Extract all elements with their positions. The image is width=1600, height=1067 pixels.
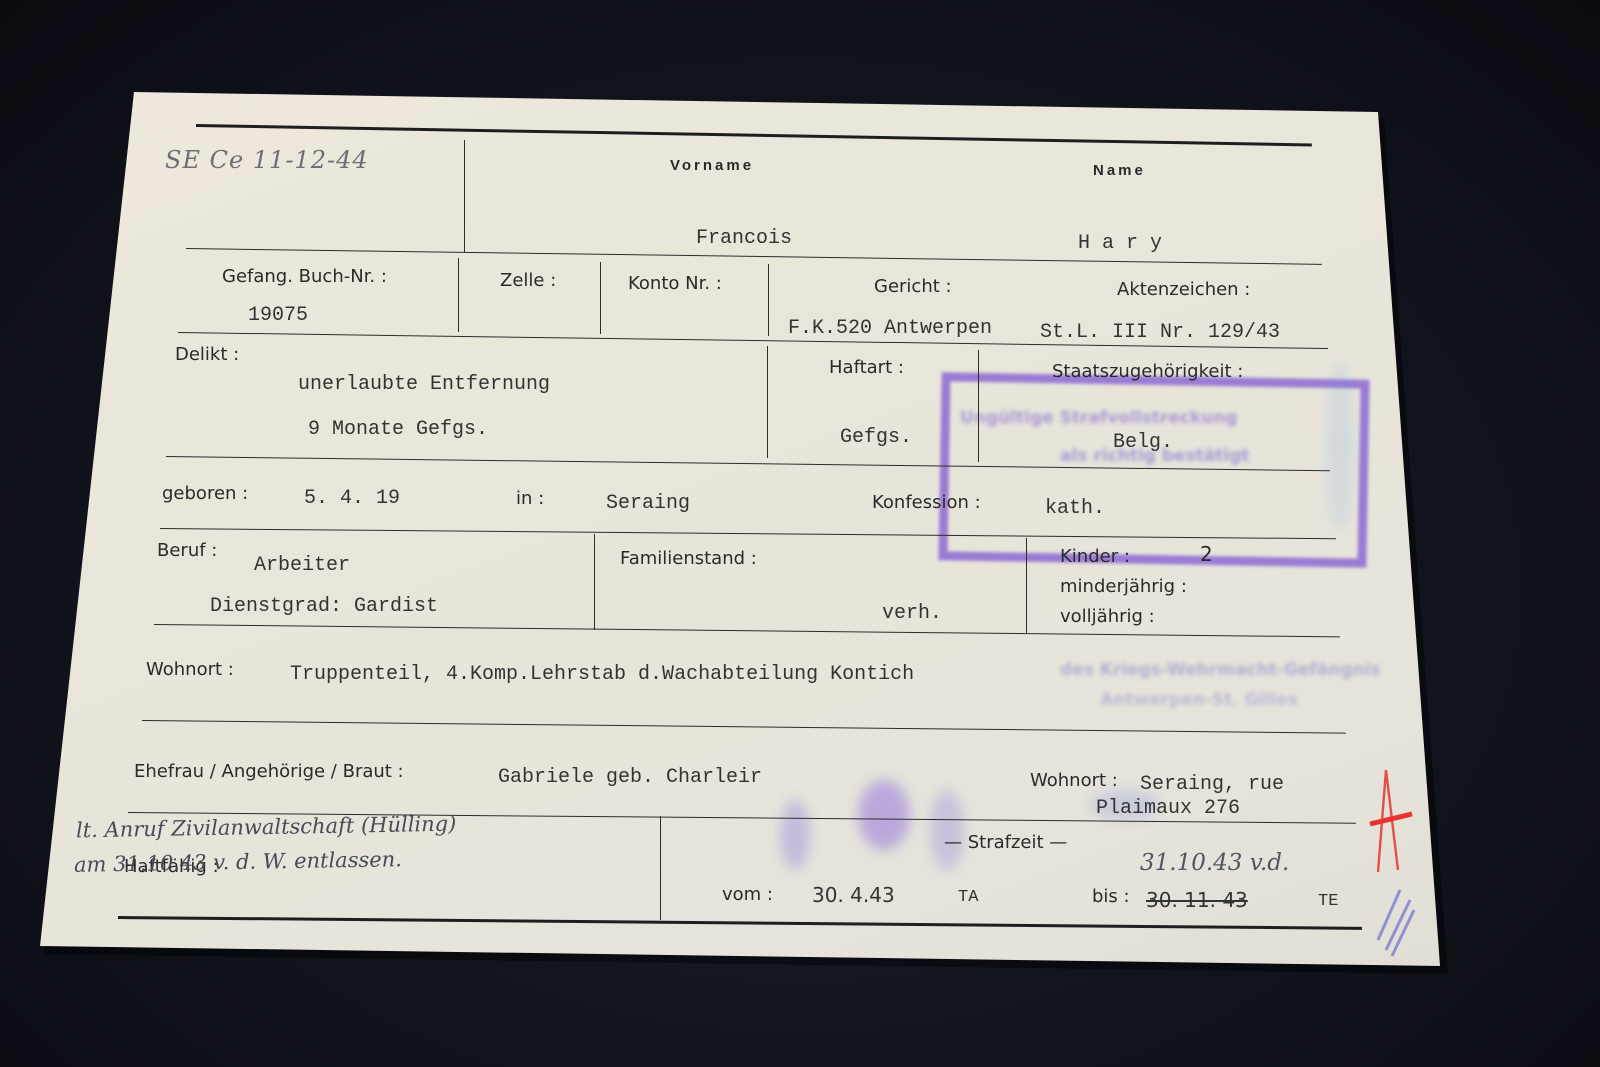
vom-suffix: TA xyxy=(958,888,978,907)
ink-blot xyxy=(780,800,810,870)
ink-blot xyxy=(930,790,964,870)
archive-note: SE Ce 11-12-44 xyxy=(165,146,369,174)
beruf-value: Arbeiter xyxy=(254,554,350,577)
kinder-label: Kinder : xyxy=(1060,546,1130,567)
bis-handwritten-correction: 31.10.43 v.d. xyxy=(1140,850,1289,876)
ink-blot xyxy=(1325,360,1355,530)
vom-label: vom : xyxy=(722,884,773,905)
konto-label: Konto Nr. : xyxy=(628,273,722,294)
divider xyxy=(767,346,768,458)
haftart-label: Haftart : xyxy=(829,357,904,378)
buch-nr-label: Gefang. Buch-Nr. : xyxy=(222,266,387,287)
vorname-value: Francois xyxy=(696,227,792,250)
bis-value-struck: 30. 11. 43 xyxy=(1146,888,1248,912)
geboren-value: 5. 4. 19 xyxy=(304,487,400,510)
rule xyxy=(154,624,1340,637)
bottom-rule xyxy=(118,916,1362,930)
staatszugehoerigkeit-label: Staatszugehörigkeit : xyxy=(1052,361,1243,382)
rule xyxy=(142,720,1346,734)
wohnort2-value-line2: Plaimaux 276 xyxy=(1096,797,1240,820)
geboren-label: geboren : xyxy=(162,483,248,504)
wohnort-value: Truppenteil, 4.Komp.Lehrstab d.Wachabtei… xyxy=(290,663,914,686)
vom-value: 30. 4.43 xyxy=(812,883,895,907)
konfession-label: Konfession : xyxy=(872,492,981,513)
ink-blot xyxy=(858,780,910,850)
in-value: Seraing xyxy=(606,492,690,515)
dienstgrad-value: Dienstgrad: Gardist xyxy=(210,595,438,618)
zelle-label: Zelle : xyxy=(500,270,556,291)
ehefrau-value: Gabriele geb. Charleir xyxy=(498,766,762,789)
blue-pencil-scribble-icon xyxy=(1370,880,1420,960)
strafe-value: 9 Monate Gefgs. xyxy=(308,418,488,441)
konfession-value: kath. xyxy=(1045,497,1105,520)
bis-label: bis : xyxy=(1092,886,1130,907)
divider xyxy=(594,534,595,630)
divider xyxy=(660,816,661,920)
vorname-label: Vorname xyxy=(670,157,754,174)
beruf-label: Beruf : xyxy=(157,540,217,561)
gericht-label: Gericht : xyxy=(874,276,952,297)
divider xyxy=(978,350,979,462)
kinder-value: 2 xyxy=(1200,542,1213,566)
strafzeit-label: — Strafzeit — xyxy=(944,832,1067,853)
faded-stamp-text-2: Antwerpen-St. Gilles xyxy=(1100,690,1298,710)
buch-nr-value: 19075 xyxy=(248,304,308,327)
faded-stamp-text: des Kriegs-Wehrmacht-Gefängnis xyxy=(1060,660,1381,680)
volljaehrig-label: volljährig : xyxy=(1060,606,1155,627)
divider xyxy=(464,140,465,252)
familienstand-value: verh. xyxy=(882,602,942,625)
divider xyxy=(1026,538,1027,634)
wohnort2-value-line1: Seraing, rue xyxy=(1140,773,1284,796)
divider xyxy=(458,258,459,332)
wohnort-label: Wohnort : xyxy=(146,659,234,680)
minderjaehrig-label: minderjährig : xyxy=(1060,576,1187,597)
handwritten-note-line2: am 31.10.43 v. d. W. entlassen. xyxy=(74,847,402,877)
gericht-value: F.K.520 Antwerpen xyxy=(788,317,992,340)
bis-suffix: TE xyxy=(1318,892,1338,911)
divider xyxy=(768,264,769,336)
haftart-value: Gefgs. xyxy=(840,426,912,449)
name-label: Name xyxy=(1093,162,1146,179)
staatszugehoerigkeit-value: Belg. xyxy=(1113,431,1173,454)
handwritten-note-line1: lt. Anruf Zivilanwaltschaft (Hülling) xyxy=(76,812,457,843)
purple-stamp-text: Ungültige Strafvollstreckung xyxy=(960,408,1238,428)
delikt-label: Delikt : xyxy=(175,344,239,365)
delikt-value: unerlaubte Entfernung xyxy=(298,373,550,396)
in-label: in : xyxy=(516,488,544,509)
wohnort2-label: Wohnort : xyxy=(1030,770,1118,791)
aktenzeichen-value: St.L. III Nr. 129/43 xyxy=(1040,321,1280,344)
prisoner-record-card: Ungültige Strafvollstreckung als richtig… xyxy=(0,0,1600,1067)
ehefrau-label: Ehefrau / Angehörige / Braut : xyxy=(134,761,404,782)
red-pencil-mark-icon xyxy=(1368,762,1428,882)
familienstand-label: Familienstand : xyxy=(620,548,757,569)
name-value: H a r y xyxy=(1078,232,1162,255)
card-content: Ungültige Strafvollstreckung als richtig… xyxy=(0,0,1600,1067)
top-rule xyxy=(196,124,1312,146)
divider xyxy=(600,262,601,334)
aktenzeichen-label: Aktenzeichen : xyxy=(1117,279,1250,300)
